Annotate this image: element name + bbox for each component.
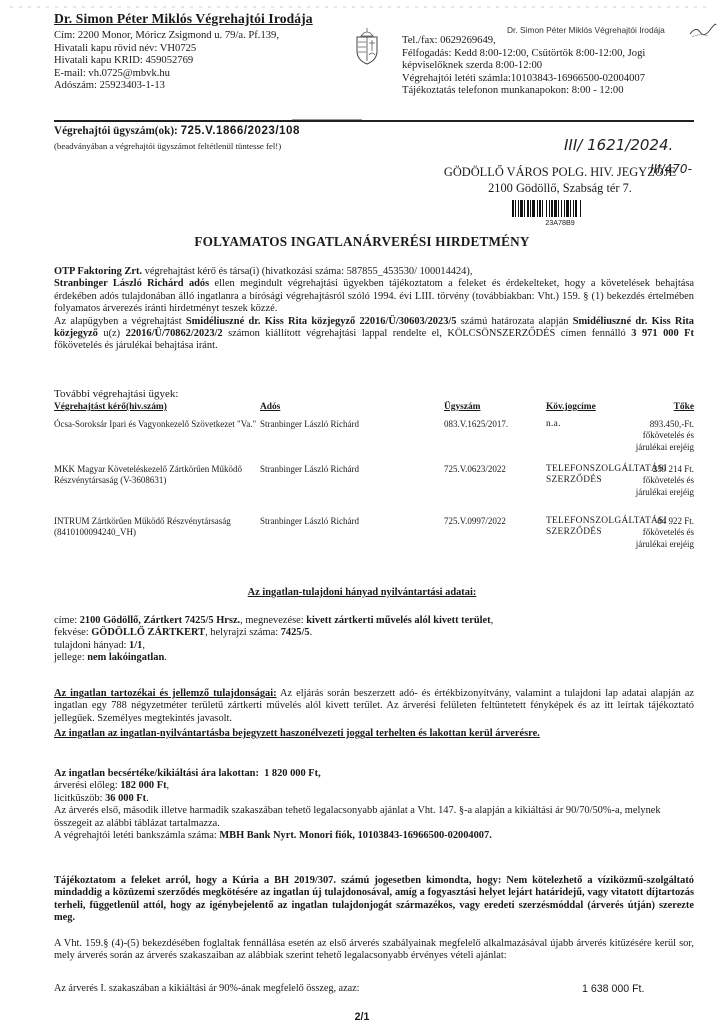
document-title: FOLYAMATOS INGATLANÁRVERÉSI HIRDETMÉNY [0, 236, 724, 248]
case-number: Végrehajtói ügyszám(ok): 725.V.1866/2023… [54, 125, 300, 137]
cell-capital: 259 214 Ft. főkövetelés és járulékai ere… [614, 464, 694, 498]
vht-paragraph: A Vht. 159.§ (4)-(5) bekezdésében foglal… [54, 938, 694, 963]
label: , megnevezése: [240, 615, 306, 626]
label: címe: [54, 615, 80, 626]
scan-artifact [10, 6, 710, 8]
email-line: E-mail: vh.0725@mbvk.hu [54, 68, 279, 81]
header-divider [54, 120, 694, 122]
column-header-claim-title: Köv.jogcíme [546, 402, 596, 413]
features-title: Az ingatlan tartozékai és jellemző tulaj… [54, 688, 277, 699]
basis-paragraph: Az alapügyben a végrehajtást Smidéliuszn… [54, 316, 694, 353]
handwritten-line-1: III/ 1621/2024. [564, 136, 673, 154]
text: számú határozata alapján [456, 316, 572, 327]
property-type: nem lakóingatlan [87, 652, 164, 663]
cell-case-no: 083.V.1625/2017. [444, 419, 554, 430]
property-designation: kivett zártkerti művelés alól kivett ter… [306, 615, 490, 626]
enforcement-sheet-number: 22016/Ü/70862/2023/2 [126, 328, 223, 339]
creditor-name: OTP Faktoring Zrt. [54, 266, 142, 277]
cell-creditor: Ócsa-Soroksár Ipari és Vagyonkezelő Szöv… [54, 419, 259, 430]
office-name: Dr. Simon Péter Miklós Végrehajtói Irodá… [54, 13, 313, 25]
gateway-krid: Hivatali kapu KRID: 459052769 [54, 55, 279, 68]
cell-creditor: MKK Magyar Követeléskezelő Zártkörűen Mű… [54, 464, 259, 487]
label: árverési előleg: [54, 780, 120, 791]
barcode-label: 23A78B9 [512, 217, 608, 229]
cell-case-no: 725.V.0997/2022 [444, 516, 554, 527]
recipient-block: GÖDÖLLŐ VÁROS POLG. HIV. JEGYZŐJE 2100 G… [410, 164, 710, 196]
column-header-case-no: Ügyszám [444, 402, 480, 413]
barcode-icon [512, 200, 608, 217]
property-address: 2100 Gödöllő, Zártkert 7425/5 Hrsz. [80, 615, 240, 626]
property-share: 1/1 [129, 640, 142, 651]
column-header-creditor: Végrehajtást kérő(hiv.szám) [54, 402, 167, 413]
text: számon kiállított végrehajtási lappal re… [223, 328, 632, 339]
cell-debtor: Stranbinger László Richárd [260, 516, 390, 527]
stage1-label: Az árverés I. szakaszában a kikiáltási á… [54, 983, 359, 995]
gateway-short-name: Hivatali kapu rövid név: VH0725 [54, 43, 279, 56]
bid-increment: 36 000 Ft [105, 793, 146, 804]
deposit-account: Végrehajtói letéti számla:10103843-16966… [402, 73, 645, 86]
claim-amount: 3 971 000 Ft [631, 328, 694, 339]
phone-fax: Tel./fax: 0629269649, [402, 35, 645, 48]
recipient-name: GÖDÖLLŐ VÁROS POLG. HIV. JEGYZŐJE [410, 164, 710, 180]
price-label: Az ingatlan becsértéke/kikiáltási ára la… [54, 768, 259, 779]
cell-capital: 64 922 Ft. főkövetelés és járulékai erej… [614, 516, 694, 550]
cell-debtor: Stranbinger László Richárd [260, 464, 390, 475]
stage1-amount: 1 638 000 Ft. [582, 983, 644, 995]
starting-price: 1 820 000 Ft [264, 768, 318, 779]
cell-debtor: Stranbinger László Richárd [260, 419, 390, 430]
debtor-name: Stranbinger László Richárd adós [54, 278, 209, 289]
further-cases-heading: További végrehajtási ügyek: [54, 388, 178, 400]
pricing-block: Az ingatlan becsértéke/kikiáltási ára la… [54, 768, 694, 842]
notary-decision: Smidéliuszné dr. Kiss Rita közjegyző 220… [186, 316, 457, 327]
office-contact-right: Tel./fax: 0629269649, Félfogadás: Kedd 8… [402, 35, 645, 98]
property-location: GÖDÖLLŐ ZÁRTKERT [91, 627, 205, 638]
case-number-note: (beadványában a végrehajtói ügyszámot fe… [54, 140, 281, 152]
label: tulajdoni hányad: [54, 640, 129, 651]
label: , helyrajzi száma: [205, 627, 281, 638]
case-number-label: Végrehajtói ügyszám(ok): [54, 125, 181, 137]
cell-creditor: INTRUM Zártkörűen Működő Részvénytársasá… [54, 516, 259, 539]
recipient-address: 2100 Gödöllő, Szabság tér 7. [410, 180, 710, 196]
stages-text: Az árverés első, második illetve harmadi… [54, 805, 694, 830]
office-hours-lawyers: képviselőknek szerda 8:00-12:00 [402, 60, 645, 73]
label: fekvése: [54, 627, 91, 638]
property-features: Az ingatlan tartozékai és jellemző tulaj… [54, 688, 694, 725]
text: Az alapügyben a végrehajtást [54, 316, 186, 327]
page-number: 2/1 [0, 1011, 724, 1023]
label: A végrehajtói letéti bankszámla száma: [54, 830, 219, 841]
cell-capital: 893.450,-Ft. főkövetelés és járulékai er… [614, 419, 694, 453]
phone-info-hours: Tájékoztatás telefonon munkanapokon: 8:0… [402, 85, 645, 98]
label: jellege: [54, 652, 87, 663]
column-header-debtor: Adós [260, 402, 280, 413]
label: licitküszöb: [54, 793, 105, 804]
auction-deposit: 182 000 Ft [120, 780, 166, 791]
property-parcel-number: 7425/5 [281, 627, 310, 638]
address-line: Cím: 2200 Monor, Móricz Zsigmond u. 79/a… [54, 30, 279, 43]
burden-notice: Az ingatlan az ingatlan-nyilvántartásba … [54, 728, 540, 740]
text: főkövetelés és járulékai behajtása iránt… [54, 340, 218, 351]
cell-case-no: 725.V.0623/2022 [444, 464, 554, 475]
header-divider-artifact [292, 119, 362, 120]
signature-scribble-icon [688, 22, 718, 40]
property-section-title: Az ingatlan-tulajdoni hányad nyilvántart… [0, 587, 724, 599]
office-contact-left: Cím: 2200 Monor, Móricz Zsigmond u. 79/a… [54, 30, 279, 93]
case-number-value: 725.V.1866/2023/108 [181, 124, 300, 137]
column-header-capital: Tőke [674, 402, 694, 413]
bank-account: MBH Bank Nyrt. Monori fiók, 10103843-169… [219, 830, 491, 841]
kuria-notice: Tájékoztatom a feleket arról, hogy a Kúr… [54, 875, 694, 925]
coat-of-arms-icon [352, 27, 382, 65]
creditor-details: végrehajtást kérő és társa(i) (hivatkozá… [142, 266, 472, 277]
intro-paragraph: OTP Faktoring Zrt. végrehajtást kérő és … [54, 266, 694, 353]
property-details: címe: 2100 Gödöllő, Zártkert 7425/5 Hrsz… [54, 615, 493, 665]
office-hours: Félfogadás: Kedd 8:00-12:00, Csütörtök 8… [402, 48, 645, 61]
text: u(z) [98, 328, 126, 339]
tax-number: Adószám: 25923403-1-13 [54, 80, 279, 93]
